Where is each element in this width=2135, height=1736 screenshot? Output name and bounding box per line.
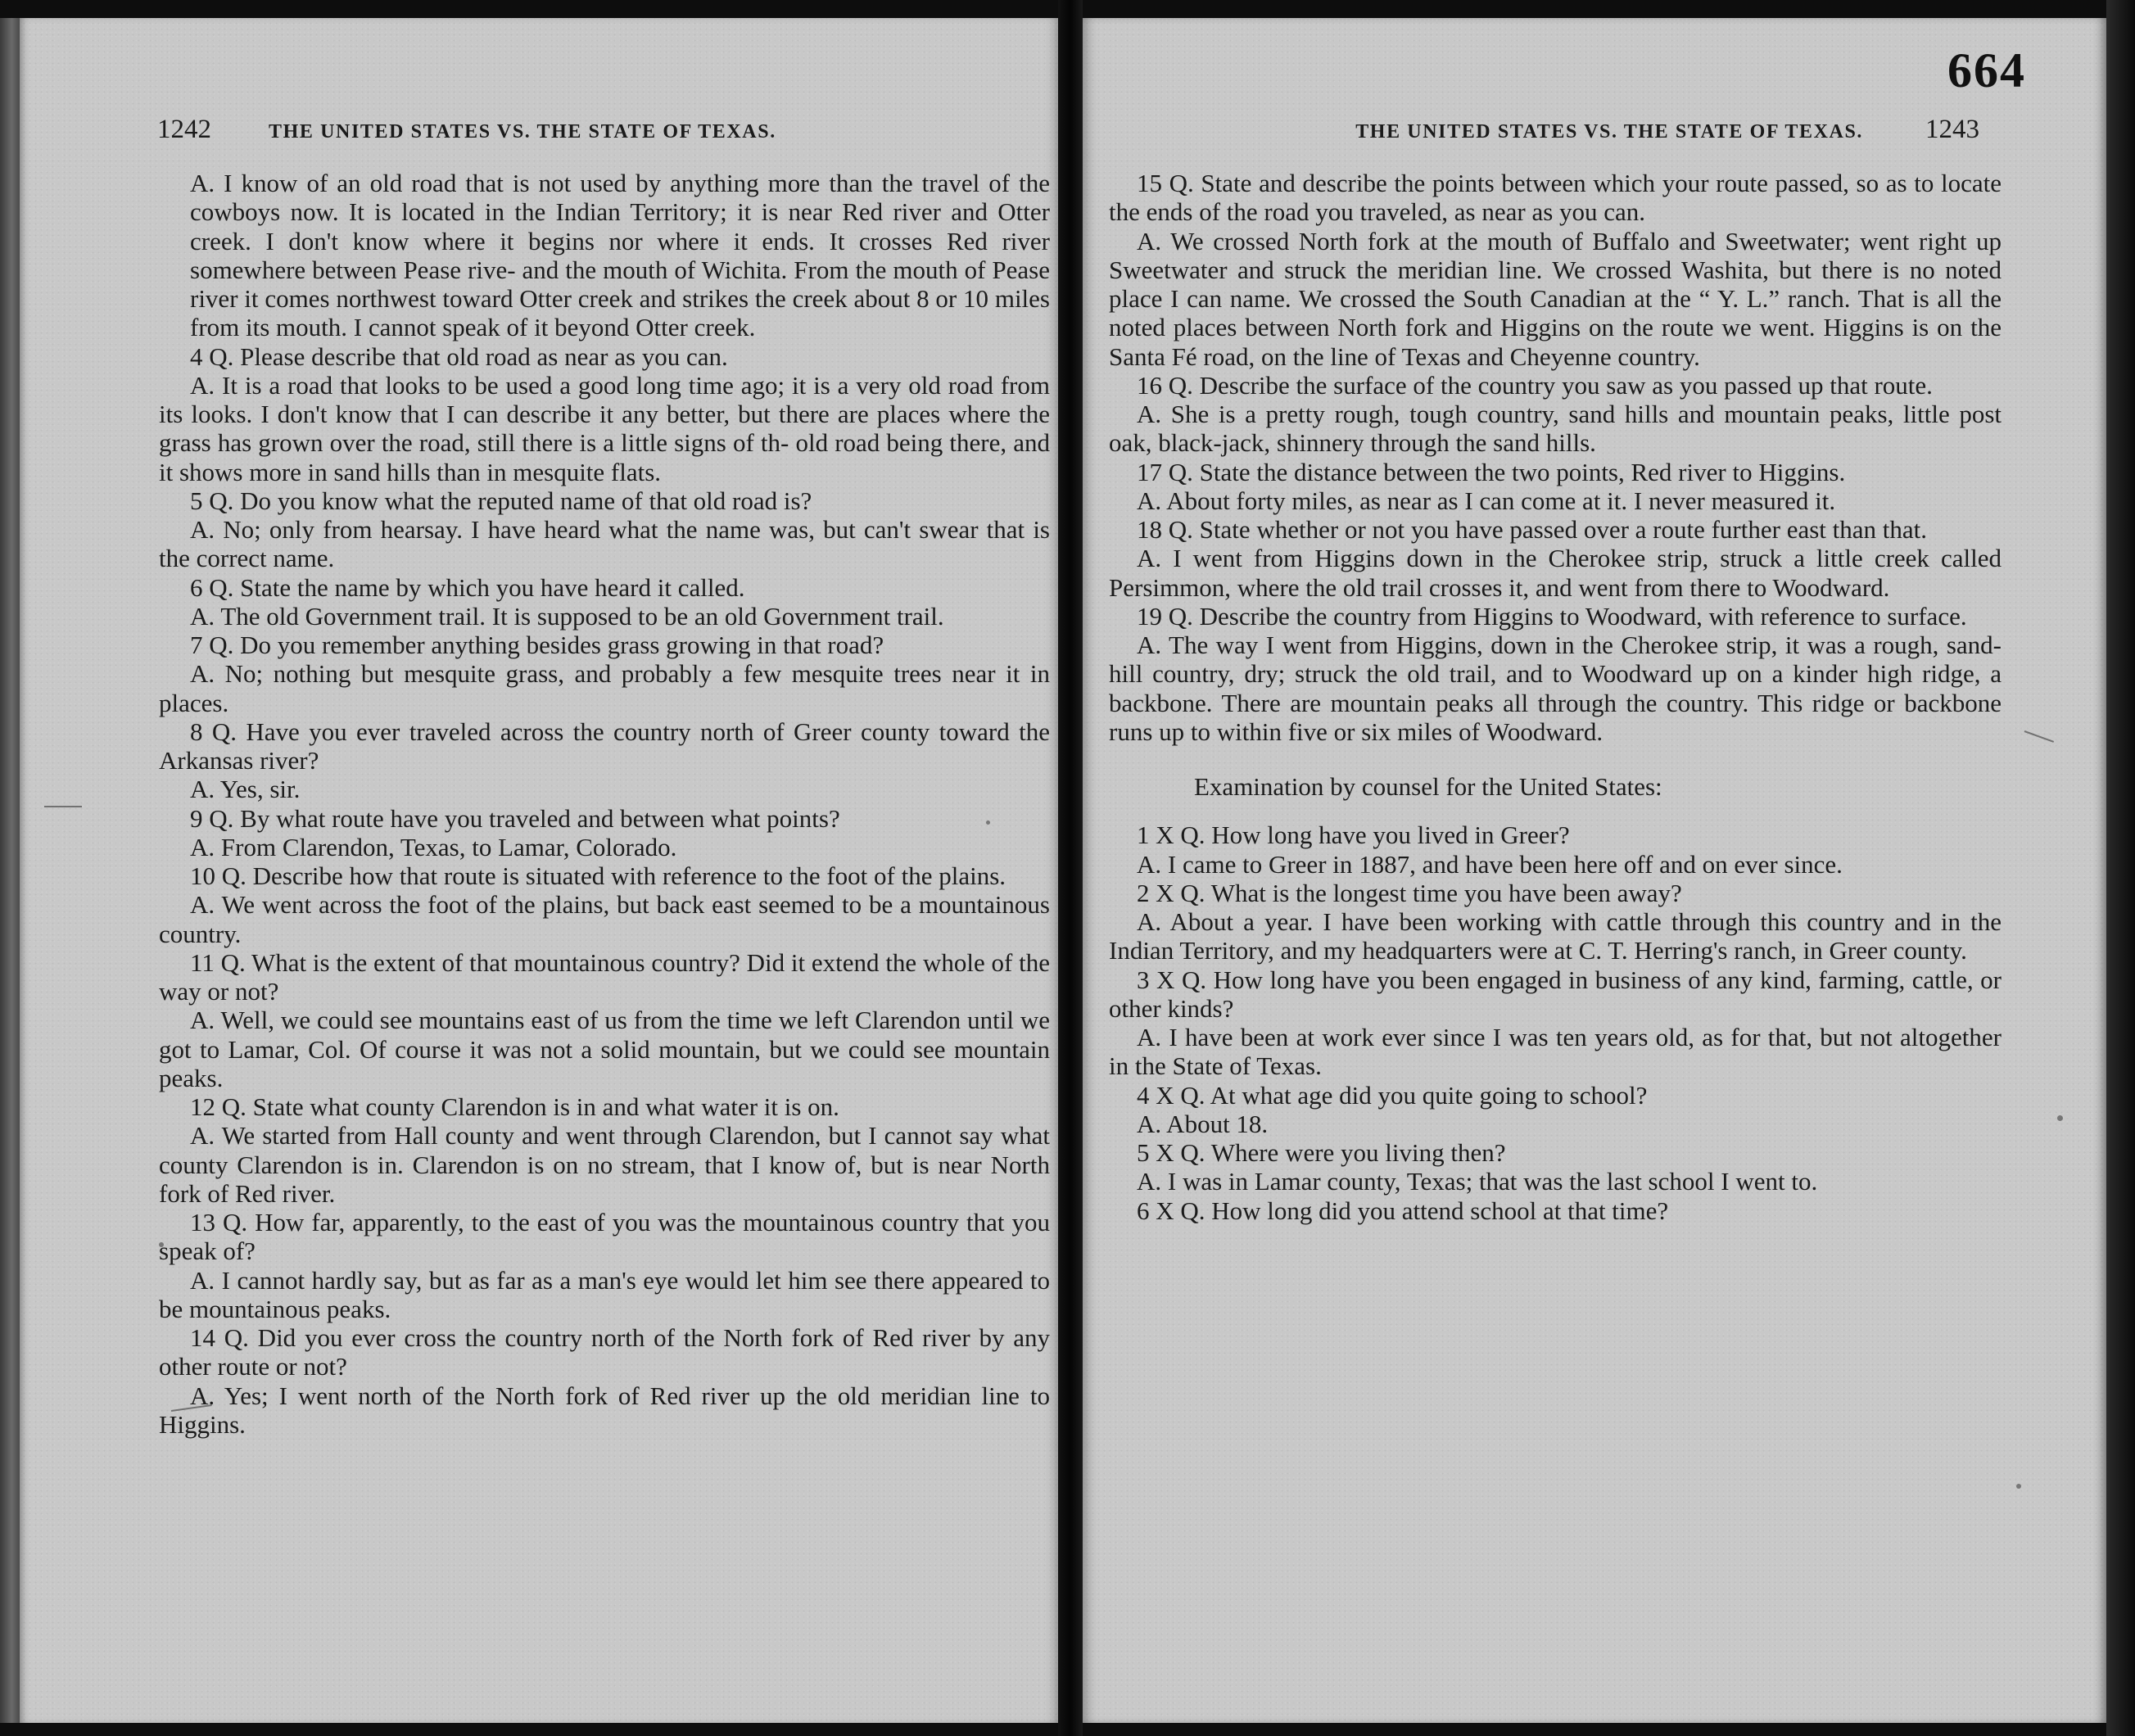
left-running-head: 1242 THE UNITED STATES VS. THE STATE OF … [157,115,911,147]
left-page: 1242 THE UNITED STATES VS. THE STATE OF … [20,18,1058,1723]
right-page: 664 THE UNITED STATES VS. THE STATE OF T… [1083,18,2106,1723]
paragraph: 12 Q. State what county Clarendon is in … [159,1092,1050,1121]
paragraph: A. Well, we could see mountains east of … [159,1006,1050,1092]
paragraph: 6 Q. State the name by which you have he… [159,573,1050,602]
margin-pen-mark [2024,730,2054,743]
paragraph: 3 X Q. How long have you been engaged in… [1109,965,2002,1024]
right-edge-shadow [2106,0,2135,1736]
paragraph: 5 Q. Do you know what the reputed name o… [159,486,1050,515]
right-page-body: 15 Q. State and describe the points betw… [1109,169,2002,1225]
scan-speck [2016,1484,2021,1489]
paragraph: A. Yes; I went north of the North fork o… [159,1381,1050,1440]
paragraph: A. About a year. I have been working wit… [1109,907,2002,965]
paragraph: 9 Q. By what route have you traveled and… [159,804,1050,833]
stamped-folio-number: 664 [1947,43,2026,99]
left-page-body: A. I know of an old road that is not use… [159,169,1050,1439]
paragraph: 15 Q. State and describe the points betw… [1109,169,2002,227]
scan-speck [2057,1115,2063,1121]
paragraph: A. Yes, sir. [159,775,1050,803]
paragraph: 19 Q. Describe the country from Higgins … [1109,602,2002,631]
paragraph: A. We went across the foot of the plains… [159,890,1050,948]
paragraph: 18 Q. State whether or not you have pass… [1109,515,2002,544]
scan-speck [159,1242,164,1247]
margin-pen-mark [44,806,82,807]
paragraph: 8 Q. Have you ever traveled across the c… [159,717,1050,775]
section-heading: Examination by counsel for the United St… [1109,746,2002,821]
paragraph: A. No; nothing but mesquite grass, and p… [159,659,1050,717]
paragraph: 16 Q. Describe the surface of the countr… [1109,371,2002,400]
left-page-number: 1242 [157,115,211,145]
paragraph: 13 Q. How far, apparently, to the east o… [159,1208,1050,1266]
paragraph: A. The old Government trail. It is suppo… [159,602,1050,631]
paragraph: 7 Q. Do you remember anything besides gr… [159,631,1050,659]
paragraph: 17 Q. State the distance between the two… [1109,458,2002,486]
paragraph: 2 X Q. What is the longest time you have… [1109,879,2002,907]
paragraph: A. I was in Lamar county, Texas; that wa… [1109,1167,2002,1196]
paragraph: 5 X Q. Where were you living then? [1109,1138,2002,1167]
paragraph: 4 X Q. At what age did you quite going t… [1109,1081,2002,1110]
book-gutter [1058,0,1083,1736]
paragraph: A. I know of an old road that is not use… [159,169,1050,342]
paragraph: 6 X Q. How long did you attend school at… [1109,1196,2002,1225]
scanned-book-spread: 1242 THE UNITED STATES VS. THE STATE OF … [0,0,2135,1736]
paragraph: 10 Q. Describe how that route is situate… [159,861,1050,890]
right-page-number: 1243 [1925,115,1979,145]
paragraph: A. I went from Higgins down in the Chero… [1109,544,2002,602]
paragraph: A. I cannot hardly say, but as far as a … [159,1266,1050,1324]
paragraph: A. I have been at work ever since I was … [1109,1023,2002,1081]
right-running-title: THE UNITED STATES VS. THE STATE OF TEXAS… [1355,121,1863,143]
right-running-head: THE UNITED STATES VS. THE STATE OF TEXAS… [1238,115,1979,147]
left-running-title: THE UNITED STATES VS. THE STATE OF TEXAS… [269,121,776,143]
scan-speck [986,821,990,825]
paragraph: 1 X Q. How long have you lived in Greer? [1109,821,2002,849]
paragraph: 4 Q. Please describe that old road as ne… [159,342,1050,371]
paragraph: A. I came to Greer in 1887, and have bee… [1109,850,2002,879]
paragraph: A. From Clarendon, Texas, to Lamar, Colo… [159,833,1050,861]
paragraph: A. The way I went from Higgins, down in … [1109,631,2002,746]
paragraph: 14 Q. Did you ever cross the country nor… [159,1323,1050,1381]
paragraph: A. She is a pretty rough, tough country,… [1109,400,2002,458]
paragraph: A. No; only from hearsay. I have heard w… [159,515,1050,573]
paragraph: 11 Q. What is the extent of that mountai… [159,948,1050,1006]
paragraph: A. We crossed North fork at the mouth of… [1109,227,2002,371]
paragraph: A. We started from Hall county and went … [159,1121,1050,1208]
left-edge-shadow [0,18,20,1723]
paragraph: A. It is a road that looks to be used a … [159,371,1050,486]
paragraph: A. About 18. [1109,1110,2002,1138]
paragraph: A. About forty miles, as near as I can c… [1109,486,2002,515]
